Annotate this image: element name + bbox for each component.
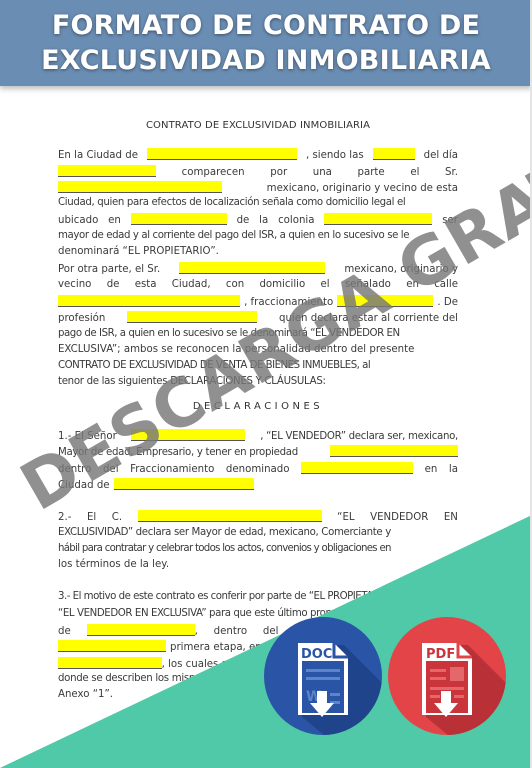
word-document-download-icon: W DOC [264, 617, 382, 735]
blank-field[interactable] [127, 311, 257, 323]
text: EXCLUSIVIDAD” declara ser Mayor de edad,… [58, 525, 391, 541]
svg-text:DOC: DOC [301, 647, 332, 662]
text: 3.- El motivo de este contrato es confer… [58, 589, 402, 605]
text: mayor de edad y al corriente del pago de… [58, 228, 409, 244]
text: Ciudad, [172, 277, 211, 293]
text: comparecen [182, 165, 245, 181]
blank-field[interactable] [147, 148, 297, 160]
text: Sr. [445, 165, 458, 181]
text: Anexo “1”. [58, 687, 113, 703]
blank-field[interactable] [131, 213, 227, 225]
text: en [425, 462, 438, 478]
banner-title-line-1: FORMATO DE CONTRATO DE [52, 8, 480, 43]
text: , siendo las [306, 148, 364, 164]
text: vecino [58, 277, 91, 293]
declaration-2: 2.- El C. “EL VENDEDOR EN EXCLUSIVIDAD” … [58, 508, 458, 573]
blank-field[interactable] [58, 165, 156, 177]
text: con [226, 277, 244, 293]
pdf-document-download-icon: PDF [388, 617, 506, 735]
svg-text:PDF: PDF [426, 647, 455, 662]
blank-field[interactable] [138, 510, 322, 522]
download-pdf-button[interactable]: PDF [388, 617, 506, 735]
text: de [58, 624, 71, 640]
text: de [107, 277, 120, 293]
blank-field[interactable] [58, 640, 166, 652]
blank-field[interactable] [58, 657, 162, 669]
document-title: CONTRATO DE EXCLUSIVIDAD INMOBILIARIA [58, 118, 458, 134]
blank-field[interactable] [87, 624, 195, 636]
text: denominará “EL PROPIETARIO”. [58, 244, 219, 260]
blank-field[interactable] [301, 462, 413, 474]
text: por [270, 165, 287, 181]
blank-field[interactable] [373, 148, 415, 160]
blank-field[interactable] [330, 445, 458, 457]
text: el [410, 165, 419, 181]
text: EN [444, 510, 458, 526]
text: denominado [226, 462, 290, 478]
banner-title-line-2: EXCLUSIVIDAD INMOBILIARIA [41, 43, 491, 78]
text: En la Ciudad de [58, 148, 138, 164]
text: Ciudad, quien para efectos de localizaci… [58, 195, 405, 211]
blank-field[interactable] [58, 295, 240, 307]
page-frame: FORMATO DE CONTRATO DE EXCLUSIVIDAD INMO… [0, 0, 532, 768]
text: los términos de la ley. [58, 557, 169, 573]
title-banner: FORMATO DE CONTRATO DE EXCLUSIVIDAD INMO… [0, 0, 532, 86]
blank-field[interactable] [58, 181, 222, 193]
text: hábil para contratar y celebrar todos lo… [58, 541, 391, 557]
text: parte [358, 165, 385, 181]
text: la [449, 462, 458, 478]
text: dentro [214, 624, 247, 640]
download-doc-button[interactable]: W DOC [264, 617, 382, 735]
text: , [195, 624, 198, 640]
text: , “EL VENDEDOR” declara ser, mexicano, [260, 429, 458, 445]
text: del día [424, 148, 458, 164]
text: una [313, 165, 332, 181]
text: esta [135, 277, 157, 293]
blank-field[interactable] [114, 478, 254, 490]
blank-field[interactable] [179, 262, 325, 274]
